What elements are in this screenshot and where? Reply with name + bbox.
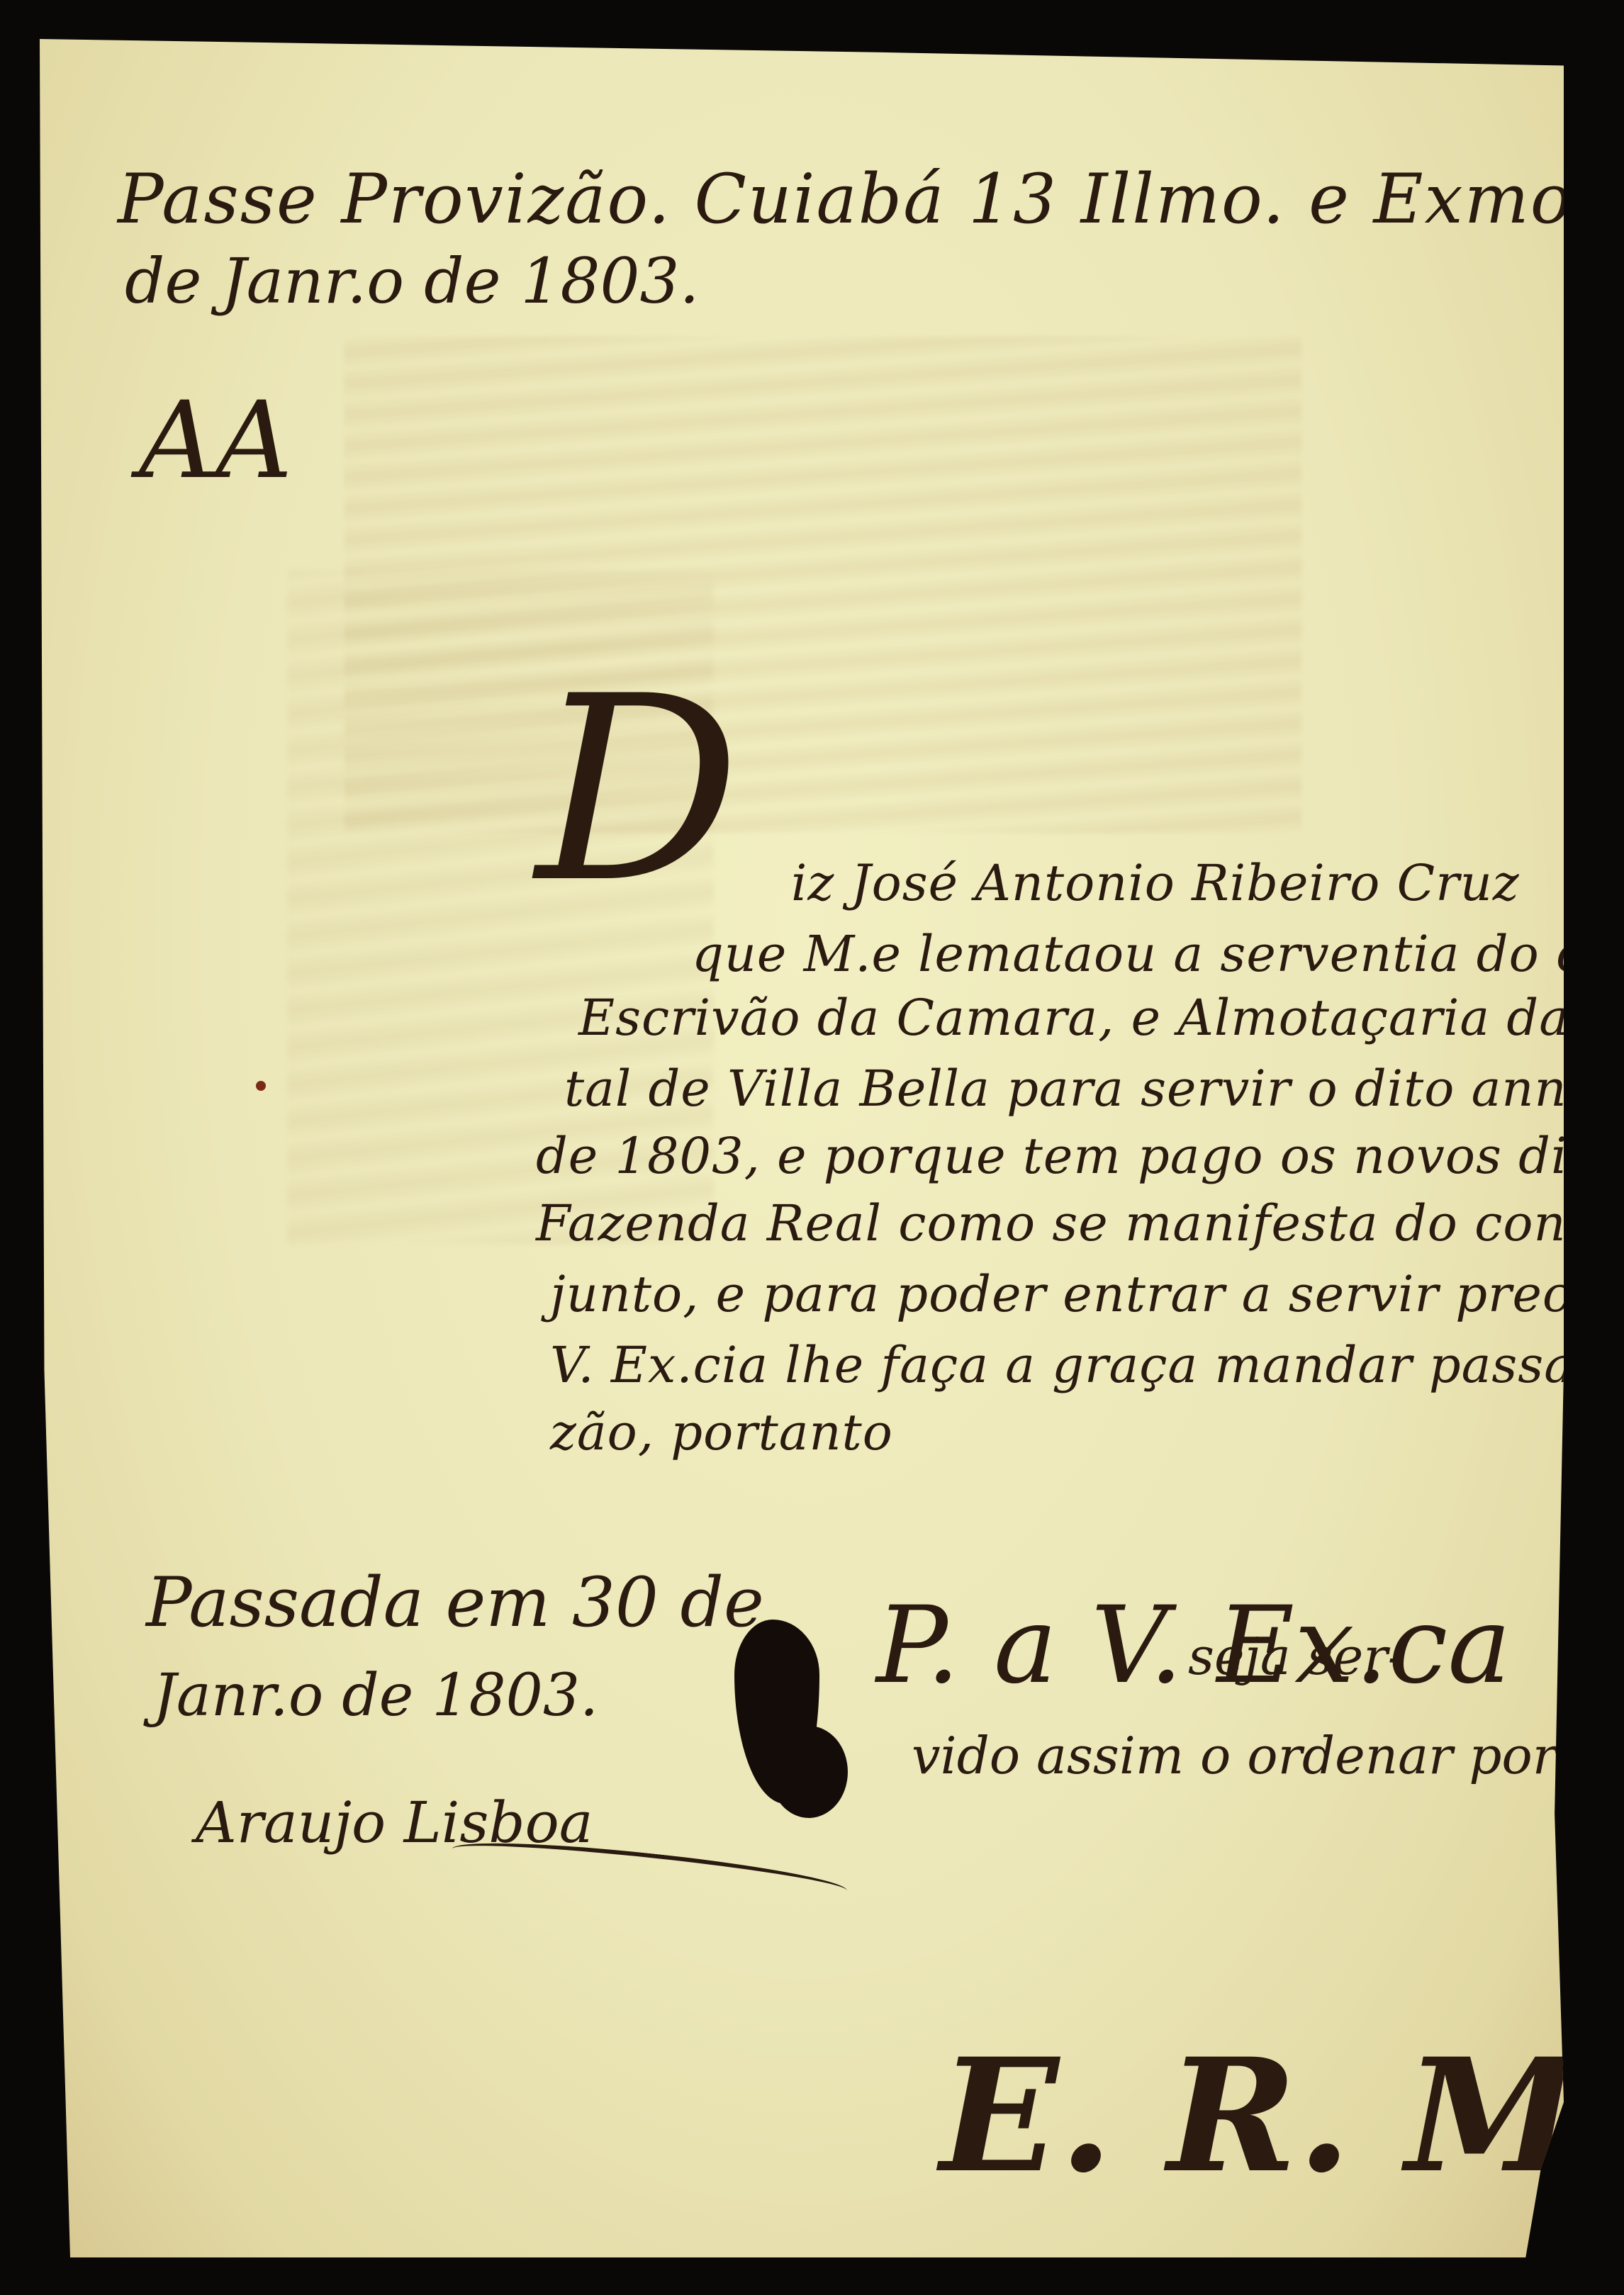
petition-line: tal de Villa Bella para servir o dito an… — [564, 1060, 1624, 1118]
header-line-1: Passe Provizão. Cuiabá 13 Illmo. e Exmo.… — [118, 159, 1624, 239]
red-ink-dot — [256, 1081, 266, 1091]
signature-erm: E. R. M.ce — [940, 2024, 1624, 2207]
registry-note-line-1: Passada em 30 de — [146, 1563, 764, 1642]
ink-blot-lower — [770, 1726, 848, 1818]
registry-note-line-2: Janr.o de 1803. — [153, 1662, 598, 1729]
petition-line: iz José Antonio Ribeiro Cruz — [791, 854, 1520, 912]
signature-flourish — [450, 1833, 849, 1907]
petition-line: V. Ex.cia lhe faça a graça mandar passar… — [550, 1336, 1624, 1394]
petition-line: Escrivão da Camara, e Almotaçaria da Cap… — [578, 989, 1624, 1047]
decorated-initial: D — [536, 663, 741, 918]
closing-line-2: vido assim o ordenar por bem defere. — [912, 1726, 1624, 1785]
manuscript-page: Passe Provizão. Cuiabá 13 Illmo. e Exmo.… — [40, 39, 1564, 2257]
rubric-signature: AA — [139, 379, 293, 503]
petition-line: que M.e lemataou a serventia do officio … — [692, 925, 1624, 983]
petition-line: de 1803, e porque tem pago os novos dire… — [536, 1127, 1624, 1185]
petition-line: junto, e para poder entrar a servir prec… — [550, 1265, 1624, 1323]
header-line-2: de Janr.o de 1803. — [125, 245, 699, 318]
petition-line: zão, portanto — [550, 1403, 893, 1461]
closing-line-1: seja ser- — [1188, 1627, 1405, 1686]
petition-line: Fazenda Real como se manifesta do conhec… — [536, 1194, 1624, 1252]
